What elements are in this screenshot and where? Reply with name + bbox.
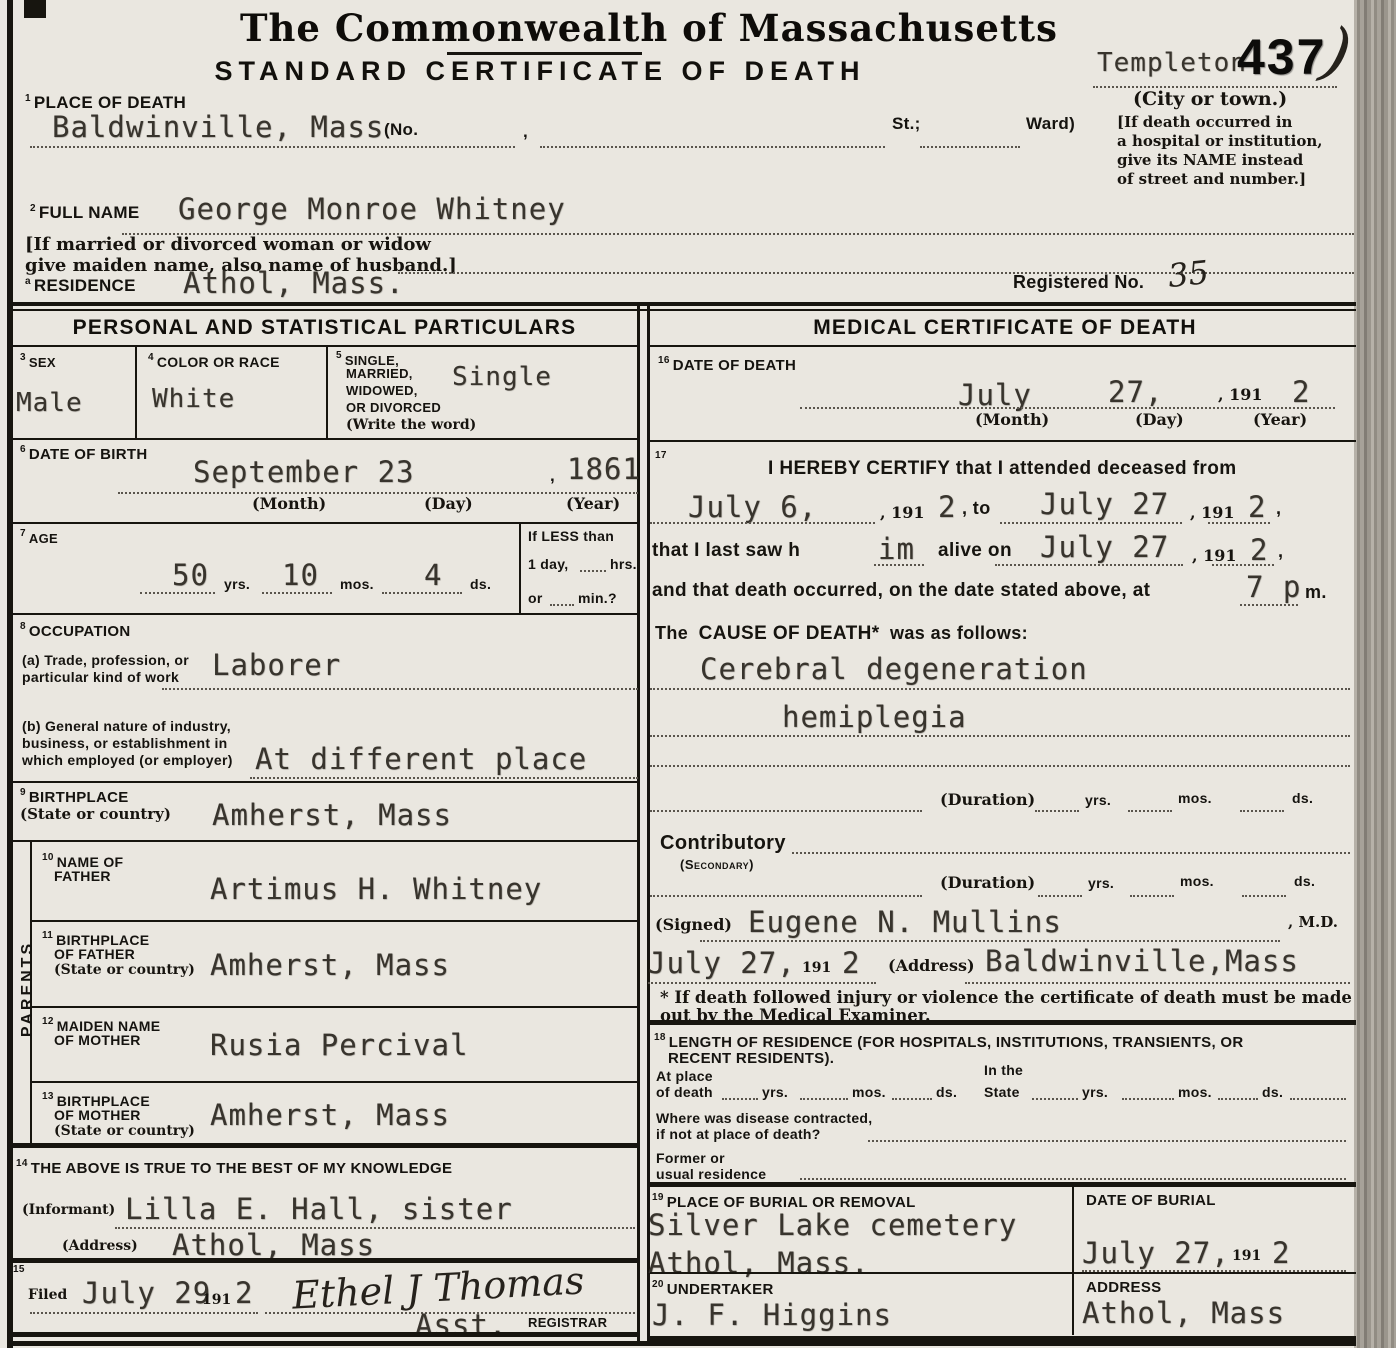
age-or-label: or (528, 590, 543, 606)
dob-day-sublabel: (Day) (424, 494, 473, 513)
at-place-yrs-dotted (722, 1096, 758, 1100)
age-hrs-label: hrs. (610, 556, 637, 572)
age-less-line1: If LESS than (528, 528, 614, 544)
personal-section-title: PERSONAL AND STATISTICAL PARTICULARS (12, 316, 637, 340)
marital-label-line3: WIDOWED, (346, 384, 418, 399)
main-rule-top (10, 302, 1356, 306)
certify-dotted-4 (995, 562, 1183, 566)
mother-birthplace-label-line2: OF MOTHER (54, 1107, 141, 1123)
signed-address-value: Baldwinville,Mass (985, 944, 1299, 978)
certify-from-year-printed: , 191 (880, 503, 925, 522)
personal-header-rule (12, 345, 637, 347)
contributory-sublabel: (Secondary) (680, 858, 754, 873)
signed-date-dotted (648, 980, 876, 984)
duration2-ds: ds. (1294, 873, 1315, 889)
contracted-line2: if not at place of death? (656, 1126, 821, 1142)
dod-month-sublabel: (Month) (975, 410, 1049, 429)
at-place-mos-label: mos. (852, 1084, 886, 1100)
full-name-label: 2FULL NAME (30, 203, 139, 223)
informant-label: (Informant) (22, 1202, 115, 1219)
signed-address-dotted (965, 980, 1350, 984)
cause-dotted-2 (650, 733, 1350, 737)
marital-write-note: (Write the word) (346, 417, 476, 434)
city-typed-entry: Templeton (1097, 48, 1247, 78)
duration1-mos: mos. (1178, 790, 1212, 806)
certify-saw-mid: alive on (938, 540, 1012, 562)
duration1-ds: ds. (1292, 790, 1313, 806)
in-state-ds-label: ds. (1262, 1084, 1283, 1100)
certify-saw-dotted (874, 562, 924, 566)
informant-value: Lilla E. Hall, sister (125, 1192, 513, 1226)
at-place-line2: of death (656, 1084, 713, 1100)
row-rule-1 (12, 438, 637, 440)
certify-time-typed: 7 p (1246, 570, 1301, 604)
certify-comma2: , (1278, 541, 1283, 562)
at-place-ds-label: ds. (936, 1084, 957, 1100)
occupation-a-value: Laborer (212, 648, 341, 682)
dod-dotted (800, 405, 1335, 409)
medical-header-rule (650, 345, 1356, 347)
certify-saw-date: July 27 (1040, 530, 1169, 564)
duration2-dotted-1 (650, 893, 922, 897)
place-of-death-value: Baldwinville, Mass (52, 110, 384, 144)
row-rule-3 (12, 613, 637, 615)
age-mos-label: mos. (340, 576, 374, 592)
signed-label: (Signed) (655, 915, 732, 934)
occupation-a-label-line2: particular kind of work (22, 669, 179, 685)
informant-address-value: Athol, Mass (172, 1228, 375, 1262)
dod-bottom-rule (650, 440, 1356, 442)
top-left-scan-mark (24, 0, 46, 18)
age-dotted-3 (382, 590, 462, 594)
age-dotted-1 (140, 590, 215, 594)
duration2-dotted-4 (1242, 893, 1286, 897)
residence-length-rule (650, 1020, 1356, 1025)
occupation-b-label-line2: business, or establishment in (22, 735, 228, 751)
former-line2: usual residence (656, 1166, 766, 1182)
hospital-note-line4: of street and number.] (1117, 170, 1306, 188)
contributory-dotted (792, 850, 1350, 854)
father-birthplace-label-line2: OF FATHER (54, 946, 135, 962)
cause-intro-the: The (655, 623, 688, 643)
contracted-line1: Where was disease contracted, (656, 1110, 872, 1126)
signed-date-typed: July 27, (648, 946, 796, 980)
occupation-label: 8OCCUPATION (20, 621, 130, 640)
mother-maiden-label-line2: OF MOTHER (54, 1032, 141, 1048)
age-min-label: min.? (578, 590, 617, 606)
cause-intro-main: CAUSE OF DEATH* (699, 623, 880, 644)
age-label: 7AGE (20, 528, 58, 547)
certify-time-dotted (1240, 602, 1298, 606)
signed-year-printed: 191 (802, 960, 831, 977)
in-state-mos-label: mos. (1178, 1084, 1212, 1100)
row-rule-5 (12, 840, 637, 842)
parents-rule-3 (30, 1081, 637, 1083)
maiden-note-dotted (398, 270, 1354, 274)
parents-vertical-label: PARENTS (19, 929, 37, 1049)
place-dotted-1 (30, 144, 515, 148)
age-days-value: 4 (424, 558, 442, 592)
mother-maiden-value: Rusia Percival (210, 1028, 468, 1062)
occupation-a-label-line1: (a) Trade, profession, or (22, 652, 189, 668)
age-dotted-2 (262, 590, 332, 594)
at-place-line1: At place (656, 1068, 713, 1084)
dob-label: 6DATE OF BIRTH (20, 444, 148, 463)
parents-rule-2 (30, 1006, 637, 1008)
certify-line1: I HEREBY CERTIFY that I attended decease… (768, 458, 1237, 480)
dod-year-sublabel: (Year) (1253, 410, 1307, 429)
certify-line3: and that death occurred, on the date sta… (652, 580, 1150, 602)
in-state-yrs-dotted (1032, 1096, 1078, 1100)
age-ds-label: ds. (470, 576, 491, 592)
certify-saw-pre: that I last saw h (652, 540, 800, 562)
cause-value-line1: Cerebral degeneration (700, 652, 1088, 686)
age-years-value: 50 (172, 558, 209, 592)
duration1-yrs: yrs. (1085, 792, 1111, 808)
full-name-value: George Monroe Whitney (178, 192, 566, 226)
dob-year: 1861 (567, 452, 641, 486)
filed-year-printed: 191 (202, 1292, 231, 1309)
place-dotted-2 (540, 144, 885, 148)
dob-value: September 23 (193, 455, 415, 489)
color-race-label: 4COLOR OR RACE (148, 352, 280, 370)
birthplace-value: Amherst, Mass (212, 798, 452, 832)
maiden-note-line1: [If married or divorced woman or widow (25, 234, 431, 256)
ward-label: Ward) (1026, 114, 1075, 134)
certify-comma1: , (1276, 498, 1281, 519)
filed-dotted (30, 1310, 258, 1314)
informant-address-label: (Address) (62, 1238, 138, 1255)
examiner-note-line1: * If death followed injury or violence t… (660, 988, 1352, 1008)
book-gutter-edge (1354, 0, 1396, 1348)
certify-number: 17 (655, 450, 667, 462)
age-min-dotted (550, 602, 574, 606)
burial-date-value: July 27, (1082, 1236, 1230, 1270)
occupation-a-dotted (162, 686, 638, 690)
place-of-death-number: 1 (25, 93, 31, 104)
no-comma: , (523, 122, 528, 142)
hospital-note-line1: [If death occurred in (1117, 113, 1292, 131)
informant-title: 14THE ABOVE IS TRUE TO THE BEST OF MY KN… (16, 1158, 452, 1177)
signed-year-typed: 2 (842, 946, 860, 980)
sex-color-divider (135, 347, 137, 438)
burial-grid-divider (1072, 1187, 1074, 1335)
filed-number: 15 (13, 1264, 25, 1276)
duration1-dotted-4 (1240, 808, 1284, 812)
dod-year-typed: 2 (1292, 375, 1310, 409)
duration2-label: (Duration) (940, 873, 1035, 892)
residence-number: a (25, 276, 31, 287)
occupation-b-label-line3: which employed (or employer) (22, 752, 233, 768)
right-bottom-rule (650, 1336, 1356, 1341)
signed-md-label: , M.D. (1288, 913, 1338, 931)
certify-meridiem: m. (1305, 582, 1327, 603)
city-or-town-label: (City or town.) (1133, 88, 1287, 111)
burial-date-year-printed: 191 (1232, 1248, 1261, 1265)
cause-value-line2: hemiplegia (782, 700, 967, 734)
burial-date-year-typed: 2 (1272, 1236, 1290, 1270)
undertaker-value: J. F. Higgins (652, 1298, 892, 1332)
in-state-yrs-label: yrs. (1082, 1084, 1108, 1100)
sex-label: 3SEX (20, 352, 56, 371)
at-place-ds-dotted (892, 1096, 932, 1100)
occupation-b-label-line1: (b) General nature of industry, (22, 718, 231, 734)
no-label: (No. (384, 120, 418, 140)
residence-label: aRESIDENCE (25, 276, 136, 296)
signed-address-label: (Address) (888, 956, 975, 975)
hospital-note-line3: give its NAME instead (1117, 151, 1303, 169)
dob-dotted (118, 490, 638, 494)
hospital-note-line2: a hospital or institution, (1117, 132, 1322, 150)
undertaker-address-label: ADDRESS (1086, 1279, 1161, 1296)
filed-label: Filed (28, 1287, 67, 1304)
left-bottom-rule (10, 1332, 637, 1337)
in-state-end-dotted (1290, 1096, 1346, 1100)
burial-section-rule (650, 1182, 1356, 1187)
marital-label-line4: OR DIVORCED (346, 401, 441, 416)
registered-no-value: 35 (1166, 253, 1210, 295)
st-label: St.; (892, 114, 921, 134)
informant-section-rule (10, 1143, 637, 1148)
in-state-line2: State (984, 1084, 1020, 1100)
age-months-value: 10 (282, 558, 319, 592)
medical-section-title: MEDICAL CERTIFICATE OF DEATH (655, 316, 1355, 340)
contracted-dotted (868, 1138, 1346, 1142)
duration2-mos: mos. (1180, 873, 1214, 889)
cause-dotted-3 (650, 763, 1350, 767)
in-state-ds-dotted (1218, 1096, 1258, 1100)
age-less-line2: 1 day, (528, 556, 568, 572)
place-dotted-3 (920, 144, 1020, 148)
birthplace-label: 9BIRTHPLACE (20, 787, 129, 806)
color-marital-divider (326, 347, 328, 438)
marital-value: Single (452, 362, 552, 392)
former-line1: Former or (656, 1150, 725, 1166)
father-birthplace-value: Amherst, Mass (210, 948, 450, 982)
registered-no-label: Registered No. (1013, 272, 1144, 293)
father-birthplace-sublabel: (State or country) (54, 962, 195, 979)
dod-year-printed: , 191 (1218, 385, 1263, 404)
certify-to-label: , to (962, 498, 991, 519)
at-place-mos-dotted (800, 1096, 848, 1100)
burial-date-label: DATE OF BURIAL (1086, 1192, 1216, 1209)
undertaker-label: 20UNDERTAKER (652, 1279, 774, 1298)
residence-length-title-line1: 18LENGTH OF RESIDENCE (FOR HOSPITALS, IN… (654, 1032, 1244, 1051)
date-of-death-label: 16DATE OF DEATH (658, 355, 796, 374)
parents-rule-1 (30, 920, 637, 922)
certify-dotted-1 (650, 520, 875, 524)
certify-dotted-3 (1208, 520, 1270, 524)
cause-dotted-1 (650, 686, 1350, 690)
age-less-divider (519, 522, 521, 613)
mother-birthplace-sublabel: (State or country) (54, 1123, 195, 1140)
certificate-title: STANDARD CERTIFICATE OF DEATH (210, 56, 870, 87)
cause-intro-follows: was as follows: (890, 623, 1028, 643)
duration1-dotted-3 (1128, 808, 1172, 812)
burial-place-line2: Athol, Mass. (648, 1246, 870, 1280)
marital-label-line2: MARRIED, (346, 367, 413, 382)
cause-intro: The CAUSE OF DEATH* was as follows: (655, 623, 1028, 645)
father-name-label-line2: FATHER (54, 868, 111, 884)
filed-year-typed: 2 (235, 1276, 253, 1310)
full-name-number: 2 (30, 203, 36, 214)
in-state-mos-dotted (1122, 1096, 1174, 1100)
signed-value: Eugene N. Mullins (748, 905, 1062, 939)
duration1-label: (Duration) (940, 790, 1035, 809)
duration2-dotted-3 (1130, 893, 1174, 897)
dod-day-sublabel: (Day) (1135, 410, 1184, 429)
row-rule-4 (12, 781, 637, 783)
bottom-border-rule (10, 1341, 1356, 1346)
certify-to-date: July 27 (1040, 487, 1169, 521)
age-yrs-label: yrs. (224, 576, 250, 592)
father-name-value: Artimus H. Whitney (210, 872, 542, 906)
sex-value: Male (16, 388, 83, 418)
center-divider-right (647, 302, 650, 1346)
contributory-label: Contributory (660, 832, 786, 855)
birthplace-sublabel: (State or country) (20, 805, 171, 823)
certify-to-year-typed: 2 (1248, 490, 1266, 524)
occupation-b-value: At different place (255, 742, 587, 776)
residence-length-title-line2: RECENT RESIDENTS). (668, 1050, 834, 1067)
certify-dotted-2 (1000, 520, 1182, 524)
at-place-yrs-label: yrs. (762, 1084, 788, 1100)
row-rule-2 (12, 522, 637, 524)
age-hrs-dotted (580, 568, 606, 572)
dob-comma: , (550, 466, 555, 486)
certify-from-year-typed: 2 (938, 490, 956, 524)
occupation-b-dotted (250, 775, 638, 779)
title-underline (447, 52, 642, 55)
residence-value: Athol, Mass. (183, 266, 405, 300)
dob-month-sublabel: (Month) (252, 494, 326, 513)
undertaker-address-value: Athol, Mass (1082, 1296, 1285, 1330)
mother-birthplace-value: Amherst, Mass (210, 1098, 450, 1132)
dod-day-value: 27, (1108, 375, 1163, 409)
duration2-yrs: yrs. (1088, 875, 1114, 891)
in-state-line1: In the (984, 1062, 1023, 1078)
burial-grid-rule (650, 1272, 1356, 1274)
duration1-dotted-1 (650, 808, 922, 812)
color-race-value: White (152, 384, 235, 414)
certify-dotted-5 (1212, 562, 1274, 566)
duration1-dotted-2 (1035, 808, 1079, 812)
duration2-dotted-2 (1038, 893, 1082, 897)
filed-date-value: July 29 (82, 1276, 211, 1310)
main-rule-bottom (10, 309, 1356, 311)
certify-from-date: July 6, (688, 490, 817, 524)
dob-year-sublabel: (Year) (566, 494, 620, 513)
stamp-number: 437 (1237, 28, 1326, 86)
death-certificate-page: The Commonwealth of Massachusetts STANDA… (0, 0, 1396, 1348)
certify-saw-typed: im (878, 532, 915, 566)
registrar-label: REGISTRAR (528, 1316, 607, 1331)
burial-place-line1: Silver Lake cemetery (648, 1208, 1017, 1242)
signed-dotted (700, 938, 1280, 942)
commonwealth-title: The Commonwealth of Massachusetts (240, 6, 840, 50)
former-dotted (800, 1176, 1346, 1180)
